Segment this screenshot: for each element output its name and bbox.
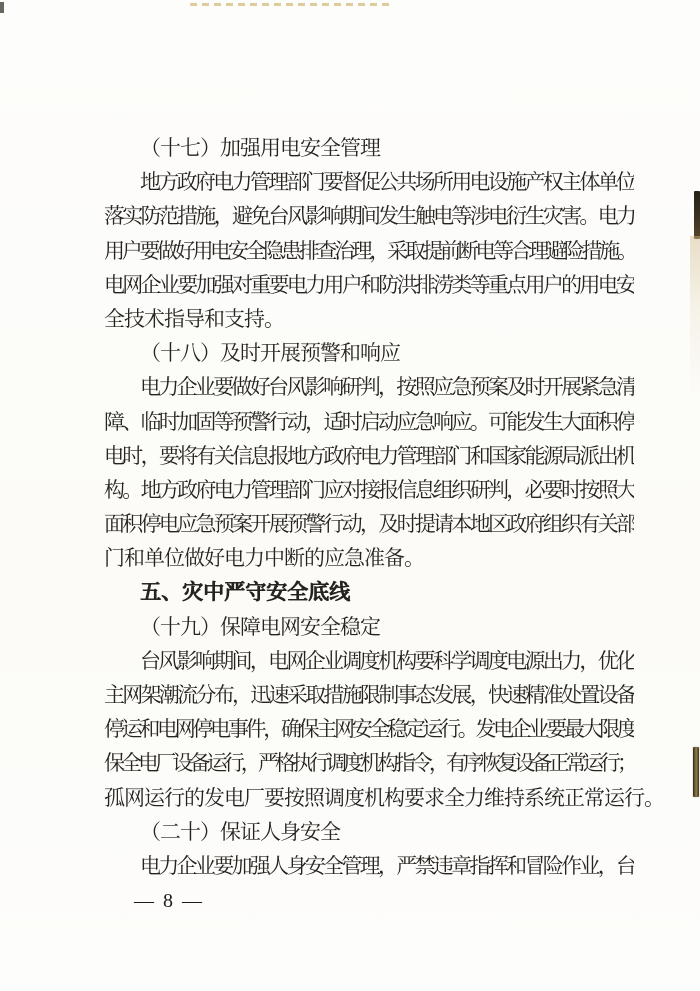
body-text-line: 全技术指导和支持。 (104, 302, 634, 336)
body-text-line: 面积停电应急预案开展预警行动，及时提请本地区政府组织有关部 (104, 507, 634, 541)
body-text-line: 门和单位做好电力中断的应急准备。 (104, 541, 634, 575)
body-text-line: 孤网运行的发电厂要按照调度机构要求全力维持系统正常运行。 (104, 781, 634, 815)
document-text-block: （十七）加强用电安全管理 地方政府电力管理部门要督促公共场所用电设施产权主体单位… (104, 131, 634, 883)
body-text-line: 电时，要将有关信息报地方政府电力管理部门和国家能源局派出机 (104, 439, 634, 473)
section-heading-19: （十九）保障电网安全稳定 (104, 610, 634, 644)
body-text-line: 主网架潮流分布，迅速采取措施限制事态发展，快速精准处置设备 (104, 678, 634, 712)
body-text-line: 电力企业要做好台风影响研判，按照应急预案及时开展紧急清 (104, 370, 634, 404)
page-number: — 8 — (134, 890, 204, 913)
body-text-line: 用户要做好用电安全隐患排查治理，采取提前断电等合理避险措施。 (104, 234, 634, 268)
chapter-heading-5: 五、灾中严守安全底线 (104, 575, 634, 609)
scan-mark-right-upper (694, 191, 700, 239)
scan-mark-top-left (0, 2, 4, 13)
scanned-document-page: （十七）加强用电安全管理 地方政府电力管理部门要督促公共场所用电设施产权主体单位… (0, 0, 700, 991)
body-text-line: 保全电厂设备运行，严格执行调度机构指令，有序恢复设备正常运行； (104, 746, 634, 780)
section-heading-20: （二十）保证人身安全 (104, 815, 634, 849)
scan-smudge-right-edge (690, 236, 700, 396)
scan-dashed-line-top (190, 3, 392, 6)
body-text-line: 落实防范措施，避免台风影响期间发生触电等涉电衍生灾害。电力 (104, 199, 634, 233)
body-text-line: 停运和电网停电事件，确保主网安全稳定运行。发电企业要最大限度 (104, 712, 634, 746)
section-heading-18: （十八）及时开展预警和响应 (104, 336, 634, 370)
body-text-line: 电网企业要加强对重要电力用户和防洪排涝类等重点用户的用电安 (104, 268, 634, 302)
body-text-line: 台风影响期间，电网企业调度机构要科学调度电源出力，优化 (104, 644, 634, 678)
scan-mark-right-lower (693, 747, 699, 797)
body-text-line: 构。地方政府电力管理部门应对接报信息组织研判，必要时按照大 (104, 473, 634, 507)
body-text-line: 地方政府电力管理部门要督促公共场所用电设施产权主体单位 (104, 165, 634, 199)
section-heading-17: （十七）加强用电安全管理 (104, 131, 634, 165)
body-text-line: 电力企业要加强人身安全管理，严禁违章指挥和冒险作业，台 (104, 849, 634, 883)
body-text-line: 障、临时加固等预警行动，适时启动应急响应。可能发生大面积停 (104, 405, 634, 439)
